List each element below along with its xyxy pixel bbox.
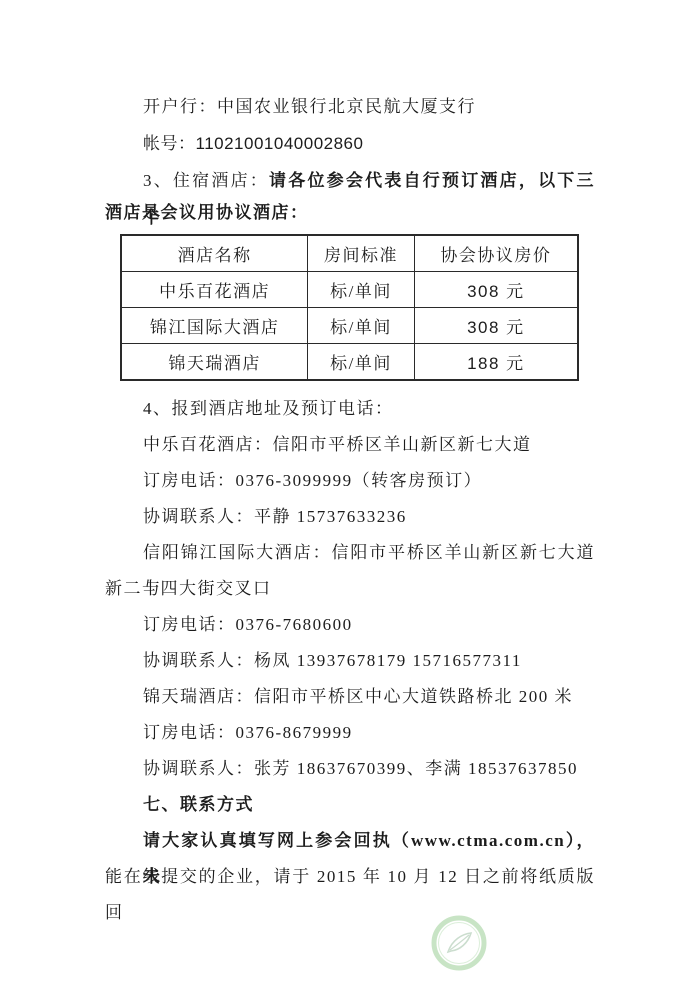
cell-hotel-name: 锦江国际大酒店 [121,308,308,344]
hotel2-address-line-1: 信阳锦江国际大酒店：信阳市平桥区羊山新区新七大道与 [105,535,595,571]
hotel3-address-line: 锦天瑞酒店：信阳市平桥区中心大道铁路桥北 200 米 [105,679,595,715]
table-row: 锦江国际大酒店 标/单间 308 元 [121,308,578,344]
cell-room-standard: 标/单间 [308,344,414,381]
cell-hotel-name: 锦天瑞酒店 [121,344,308,381]
table-header-row: 酒店名称 房间标准 协会协议房价 [121,235,578,272]
hotel1-phone-line: 订房电话：0376-3099999（转客房预订） [105,463,595,499]
section4-heading: 4、报到酒店地址及预订电话： [105,391,595,427]
hotel-price-table: 酒店名称 房间标准 协会协议房价 中乐百花酒店 标/单间 308 元 锦江国际大… [120,234,579,381]
table-row: 锦天瑞酒店 标/单间 188 元 [121,344,578,381]
cell-room-standard: 标/单间 [308,272,414,308]
cell-price: 308 元 [414,308,578,344]
header-agreed-price: 协会协议房价 [414,235,578,272]
hotel3-phone-line: 订房电话：0376-8679999 [105,715,595,751]
hotel2-address-line-2: 新二十四大街交叉口 [105,571,595,607]
section7-paragraph-line-1: 请大家认真填写网上参会回执（www.ctma.com.cn），未 [105,823,595,859]
document-body: 开户行：中国农业银行北京民航大厦支行 帐号：11021001040002860 … [105,88,595,895]
section3-heading-continuation: 酒店是会议用协议酒店： [105,199,595,230]
section7-heading: 七、联系方式 [105,787,595,823]
cell-hotel-name: 中乐百花酒店 [121,272,308,308]
hotel1-contact-line: 协调联系人：平静 15737633236 [105,499,595,535]
bank-account-line: 帐号：11021001040002860 [105,125,595,162]
section3-heading: 3、住宿酒店：请各位参会代表自行预订酒店，以下三个 [105,162,595,199]
header-room-standard: 房间标准 [308,235,414,272]
cell-price: 188 元 [414,344,578,381]
hotel3-contact-line: 协调联系人：张芳 18637670399、李满 18537637850 [105,751,595,787]
green-seal-watermark [430,914,488,972]
header-hotel-name: 酒店名称 [121,235,308,272]
table-row: 中乐百花酒店 标/单间 308 元 [121,272,578,308]
hotel1-address-line: 中乐百花酒店：信阳市平桥区羊山新区新七大道 [105,427,595,463]
cell-room-standard: 标/单间 [308,308,414,344]
section7-paragraph-line-2: 能在线提交的企业，请于 2015 年 10 月 12 日之前将纸质版回 [105,859,595,895]
hotel2-phone-line: 订房电话：0376-7680600 [105,607,595,643]
cell-price: 308 元 [414,272,578,308]
bank-branch-line: 开户行：中国农业银行北京民航大厦支行 [105,88,595,125]
document-page: 开户行：中国农业银行北京民航大厦支行 帐号：11021001040002860 … [0,0,699,988]
hotel2-contact-line: 协调联系人：杨凤 13937678179 15716577311 [105,643,595,679]
section3-label: 3、住宿酒店： [143,171,269,190]
